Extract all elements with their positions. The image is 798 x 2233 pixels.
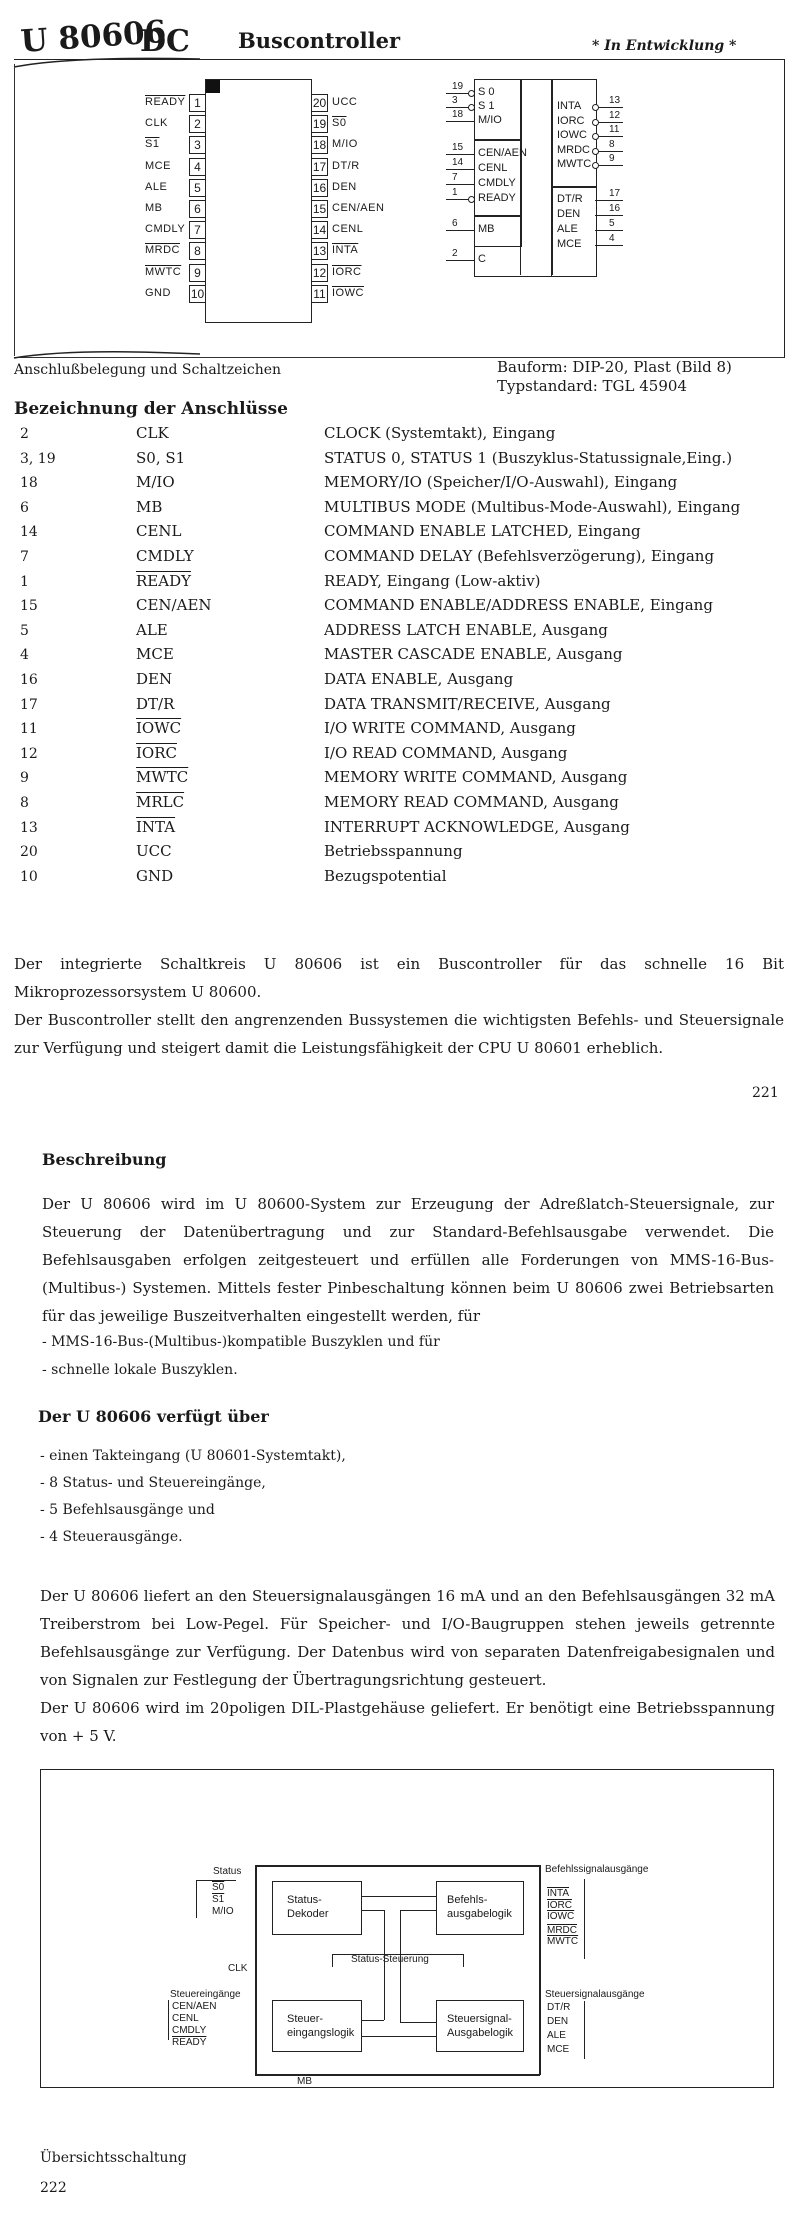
input-signal-name: CENL	[478, 162, 507, 174]
pin-number: 19	[311, 115, 328, 133]
ctrl-out-mce: MCE	[547, 2044, 569, 2055]
development-status: * In Entwicklung *	[592, 38, 736, 54]
pin-table-description: READY, Eingang (Low-aktiv)	[324, 572, 541, 590]
feature-item-4: - 4 Steuerausgänge.	[40, 1529, 183, 1545]
cmd-out-iorc: IORC	[547, 1900, 572, 1911]
pin-number: 8	[189, 242, 206, 260]
block-status-decoder: Status- Dekoder	[272, 1881, 362, 1935]
pin-table-description: STATUS 0, STATUS 1 (Buszyklus-Statussign…	[324, 449, 732, 467]
package-form: Bauform: DIP-20, Plast (Bild 8)	[497, 358, 732, 376]
pin-table-signal: CENL	[136, 522, 182, 540]
output-signal-name: ALE	[557, 223, 578, 235]
output-wire	[595, 215, 623, 216]
status-signal-s1: S1	[212, 1894, 224, 1905]
clk-label: CLK	[228, 1963, 247, 1974]
pin-number: 1	[189, 94, 206, 112]
input-signal-name: CEN/AEN	[478, 147, 527, 159]
page-number-221: 221	[752, 1085, 779, 1101]
pin-number: 5	[189, 179, 206, 197]
pin-number: 14	[311, 221, 328, 239]
pin-table-row: 18M/IOMEMORY/IO (Speicher/I/O-Auswahl), …	[0, 473, 798, 498]
frame-left-edge	[14, 64, 16, 356]
pin-table-signal: IOWC	[136, 719, 181, 737]
pin-label: ALE	[145, 181, 167, 193]
pin-table-description: INTERRUPT ACKNOWLEDGE, Ausgang	[324, 818, 630, 836]
control-inputs-label: Steuereingänge	[170, 1989, 241, 2000]
link-output-logic	[400, 2022, 436, 2023]
control-outputs-label: Steuersignalausgänge	[545, 1989, 645, 2000]
output-signal-name: IOWC	[557, 129, 587, 141]
pin-label: MWTC	[145, 266, 181, 278]
pin-table-number: 18	[20, 475, 38, 491]
input-wire	[446, 184, 474, 185]
pin-table-signal: DT/R	[136, 695, 174, 713]
section-title-features: Der U 80606 verfügt über	[38, 1407, 269, 1426]
input-wire	[446, 230, 474, 231]
page-title: Buscontroller	[238, 28, 400, 53]
pin-table-description: I/O READ COMMAND, Ausgang	[324, 744, 567, 762]
ctrl-out-den: DEN	[547, 2016, 568, 2027]
pin-table-row: 6MBMULTIBUS MODE (Multibus-Mode-Auswahl)…	[0, 498, 798, 523]
output-signal-name: MRDC	[557, 144, 590, 156]
pin-number: 17	[311, 158, 328, 176]
pin-table-signal: ALE	[136, 621, 168, 639]
pin-table-row: 2CLKCLOCK (Systemtakt), Eingang	[0, 424, 798, 449]
pin-number: 11	[311, 285, 328, 303]
pin-table-signal: DEN	[136, 670, 172, 688]
pin-table-signal: S0, S1	[136, 449, 185, 467]
link-vertical-right	[400, 1910, 401, 2022]
ctrl-out-ale: ALE	[547, 2030, 566, 2041]
section-title-description: Beschreibung	[42, 1150, 166, 1169]
input-signal-name: CMDLY	[478, 177, 516, 189]
pin-table-row: 12IORCI/O READ COMMAND, Ausgang	[0, 744, 798, 769]
pin-table-number: 16	[20, 672, 38, 688]
pin-table-signal: MRLC	[136, 793, 184, 811]
output-wire	[595, 122, 623, 123]
status-bracket	[196, 1880, 197, 1918]
input-signal-name: READY	[478, 192, 516, 204]
input-wire	[446, 169, 474, 170]
figure1-caption: Anschlußbelegung und Schaltzeichen	[14, 362, 281, 378]
pin-table-number: 12	[20, 746, 38, 762]
pin-label: MB	[145, 202, 163, 214]
pin-table-description: CLOCK (Systemtakt), Eingang	[324, 424, 555, 442]
pin-table-signal: CEN/AEN	[136, 596, 212, 614]
pin-table-number: 10	[20, 869, 38, 885]
chip-outline-top	[255, 1865, 540, 1867]
pin-table-number: 3, 19	[20, 451, 56, 467]
pin-table-row: 3, 19S0, S1STATUS 0, STATUS 1 (Buszyklus…	[0, 449, 798, 474]
pin-label: DT/R	[332, 160, 360, 172]
output-pin-number: 5	[609, 218, 615, 229]
pin-table-description: COMMAND ENABLE/ADDRESS ENABLE, Eingang	[324, 596, 713, 614]
pin-table-signal: READY	[136, 572, 191, 590]
pin-label: GND	[145, 287, 171, 299]
input-signal-name: S 1	[478, 100, 495, 112]
pin-table-row: 8MRLCMEMORY READ COMMAND, Ausgang	[0, 793, 798, 818]
output-wire	[595, 151, 623, 152]
control-outputs-bracket	[584, 2001, 585, 2059]
ctrl-in-ready: READY	[172, 2037, 206, 2048]
pin-table-row: 11IOWCI/O WRITE COMMAND, Ausgang	[0, 719, 798, 744]
pin-label: M/IO	[332, 138, 358, 150]
pin-table-description: Betriebsspannung	[324, 842, 463, 860]
output-wire	[595, 107, 623, 108]
output-signal-name: DT/R	[557, 193, 583, 205]
pin-table-signal: INTA	[136, 818, 175, 836]
output-wire	[595, 200, 623, 201]
mode-item-1: - MMS-16-Bus-(Multibus-)kompatible Buszy…	[42, 1334, 440, 1350]
pin-table-signal: GND	[136, 867, 173, 885]
pin-table-row: 17DT/RDATA TRANSMIT/RECEIVE, Ausgang	[0, 695, 798, 720]
pin-table-description: DATA TRANSMIT/RECEIVE, Ausgang	[324, 695, 611, 713]
pin-label: CMDLY	[145, 223, 185, 235]
pin-label: CENL	[332, 223, 363, 235]
output-pin-number: 11	[609, 124, 619, 135]
pin-label: MCE	[145, 160, 171, 172]
pin-table-description: COMMAND ENABLE LATCHED, Eingang	[324, 522, 641, 540]
cmd-out-iowc: IOWC	[547, 1911, 574, 1922]
pin-table-row: 15CEN/AENCOMMAND ENABLE/ADDRESS ENABLE, …	[0, 596, 798, 621]
input-pin-number: 14	[452, 157, 463, 168]
output-wire	[595, 245, 623, 246]
pin-table-signal: MWTC	[136, 768, 188, 786]
pin-table-description: ADDRESS LATCH ENABLE, Ausgang	[324, 621, 608, 639]
input-signal-name: S 0	[478, 86, 495, 98]
pin-table-description: MULTIBUS MODE (Multibus-Mode-Auswahl), E…	[324, 498, 740, 516]
pin-table-number: 1	[20, 574, 29, 590]
details-paragraph-2: Der U 80606 wird im 20poligen DIL-Plastg…	[40, 1694, 775, 1750]
output-pin-number: 8	[609, 139, 615, 150]
pin-table-row: 20UCCBetriebsspannung	[0, 842, 798, 867]
pin-table-row: 16DENDATA ENABLE, Ausgang	[0, 670, 798, 695]
ctrl-in-cen-aen: CEN/AEN	[172, 2001, 216, 2012]
pin-table-signal: CLK	[136, 424, 169, 442]
pin-label: S1	[145, 138, 159, 150]
pin-table-description: DATA ENABLE, Ausgang	[324, 670, 513, 688]
pin-table-signal: UCC	[136, 842, 172, 860]
pin-label: IORC	[332, 266, 362, 278]
dip20-package	[205, 79, 312, 323]
type-standard: Typstandard: TGL 45904	[497, 377, 687, 395]
pin-table-number: 8	[20, 795, 29, 811]
status-bracket-top	[196, 1880, 236, 1881]
ctrl-in-cenl: CENL	[172, 2013, 199, 2024]
pin1-marker	[206, 80, 220, 93]
pin-table-row: 7CMDLYCOMMAND DELAY (Befehlsverzögerung)…	[0, 547, 798, 572]
chip-outline-left	[255, 1865, 257, 2075]
inversion-bubble	[592, 104, 599, 111]
link-input-logic	[362, 2020, 384, 2021]
figure2-caption: Übersichtsschaltung	[40, 2150, 187, 2166]
inversion-bubble	[592, 148, 599, 155]
input-wire	[446, 154, 474, 155]
description-paragraph: Der U 80606 wird im U 80600-System zur E…	[42, 1190, 774, 1330]
pin-number: 3	[189, 136, 206, 154]
link-input-output	[362, 2036, 436, 2037]
input-signal-name: C	[478, 253, 486, 265]
pin-table-description: MEMORY READ COMMAND, Ausgang	[324, 793, 619, 811]
pin-number: 10	[189, 285, 206, 303]
pin-number: 15	[311, 200, 328, 218]
pin-table-number: 7	[20, 549, 29, 565]
pin-table-row: 5ALEADDRESS LATCH ENABLE, Ausgang	[0, 621, 798, 646]
block-control-output-logic: Steuersignal- Ausgabelogik	[436, 2000, 524, 2052]
output-pin-number: 17	[609, 188, 620, 199]
cmd-out-inta: INTA	[547, 1888, 569, 1899]
pin-number: 20	[311, 94, 328, 112]
output-pin-number: 9	[609, 153, 615, 164]
pin-table-number: 13	[20, 820, 38, 836]
inversion-bubble	[468, 104, 475, 111]
output-signal-name: DEN	[557, 208, 580, 220]
pin-number: 7	[189, 221, 206, 239]
pin-table-number: 20	[20, 844, 38, 860]
feature-item-2: - 8 Status- und Steuereingänge,	[40, 1475, 266, 1491]
pin-table-signal: CMDLY	[136, 547, 194, 565]
status-signal-s0: S0	[212, 1882, 224, 1893]
input-signal-name: MB	[478, 223, 495, 235]
feature-item-1: - einen Takteingang (U 80601-Systemtakt)…	[40, 1448, 346, 1464]
cmd-out-mwtc: MWTC	[547, 1936, 578, 1947]
pin-table-number: 17	[20, 697, 38, 713]
link-decoder-down	[362, 1910, 384, 1911]
output-pin-number: 4	[609, 233, 615, 244]
block-status-control: Status-Steuerung	[332, 1954, 464, 1967]
pin-table-number: 15	[20, 598, 38, 614]
pin-label: UCC	[332, 96, 357, 108]
pin-table-row: 13INTAINTERRUPT ACKNOWLEDGE, Ausgang	[0, 818, 798, 843]
symbol-middle-column	[520, 79, 553, 275]
control-inputs-bracket	[168, 2000, 169, 2040]
pin-number: 4	[189, 158, 206, 176]
pin-table-number: 6	[20, 500, 29, 516]
pin-table-description: MASTER CASCADE ENABLE, Ausgang	[324, 645, 623, 663]
pin-table-signal: IORC	[136, 744, 177, 762]
cmd-out-mrdc: MRDC	[547, 1925, 577, 1936]
status-signal-mio: M/IO	[212, 1906, 234, 1917]
input-pin-number: 6	[452, 218, 458, 229]
input-pin-number: 3	[452, 95, 458, 106]
page-number-222: 222	[40, 2180, 67, 2196]
command-outputs-label: Befehlssignalausgänge	[545, 1864, 648, 1875]
pin-label: READY	[145, 96, 185, 108]
inversion-bubble	[468, 196, 475, 203]
output-signal-name: INTA	[557, 100, 581, 112]
pin-number: 2	[189, 115, 206, 133]
pin-label: INTA	[332, 244, 358, 256]
output-wire	[595, 230, 623, 231]
input-wire	[446, 260, 474, 261]
pin-table-number: 11	[20, 721, 38, 737]
ctrl-in-cmdly: CMDLY	[172, 2025, 206, 2036]
pin-table-description: I/O WRITE COMMAND, Ausgang	[324, 719, 576, 737]
inversion-bubble	[592, 162, 599, 169]
pin-table-row: 9MWTCMEMORY WRITE COMMAND, Ausgang	[0, 768, 798, 793]
output-wire	[595, 136, 623, 137]
figure-block-diagram-frame	[40, 1769, 774, 2088]
pin-table-description: MEMORY WRITE COMMAND, Ausgang	[324, 768, 627, 786]
mb-label: MB	[297, 2076, 312, 2087]
pin-label: S0	[332, 117, 346, 129]
pin-table-description: MEMORY/IO (Speicher/I/O-Auswahl), Eingan…	[324, 473, 677, 491]
pin-table-number: 4	[20, 647, 29, 663]
pin-label: DEN	[332, 181, 357, 193]
inversion-bubble	[592, 119, 599, 126]
pin-table-number: 5	[20, 623, 29, 639]
input-signal-name: M/IO	[478, 114, 502, 126]
pin-label: IOWC	[332, 287, 364, 299]
pin-table-signal: MCE	[136, 645, 174, 663]
pin-table-row: 14CENLCOMMAND ENABLE LATCHED, Eingang	[0, 522, 798, 547]
pin-table-description: COMMAND DELAY (Befehlsverzögerung), Eing…	[324, 547, 714, 565]
intro-paragraph-1: Der integrierte Schaltkreis U 80606 ist …	[14, 950, 784, 1006]
pin-table-row: 1READYREADY, Eingang (Low-aktiv)	[0, 572, 798, 597]
chip-outline-right	[539, 1865, 541, 2075]
pin-label: CEN/AEN	[332, 202, 384, 214]
pin-table-number: 2	[20, 426, 29, 442]
output-pin-number: 13	[609, 95, 620, 106]
pin-number: 12	[311, 264, 328, 282]
mode-item-2: - schnelle lokale Buszyklen.	[42, 1362, 238, 1378]
output-pin-number: 12	[609, 110, 620, 121]
link-decoder-command	[362, 1896, 436, 1897]
details-paragraph-1: Der U 80606 liefert an den Steuersignala…	[40, 1582, 775, 1694]
pin-table-row: 4MCEMASTER CASCADE ENABLE, Ausgang	[0, 645, 798, 670]
frame-curve	[12, 54, 202, 68]
block-control-input-logic: Steuer- eingangslogik	[272, 2000, 362, 2052]
figure-pinout-frame	[14, 59, 785, 358]
input-pin-number: 1	[452, 187, 458, 198]
output-wire	[595, 165, 623, 166]
input-pin-number: 15	[452, 142, 463, 153]
pin-number: 16	[311, 179, 328, 197]
input-pin-number: 2	[452, 248, 458, 259]
pin-table-number: 14	[20, 524, 38, 540]
output-signal-name: MCE	[557, 238, 581, 250]
pin-table-row: 10GNDBezugspotential	[0, 867, 798, 892]
pin-number: 6	[189, 200, 206, 218]
inversion-bubble	[468, 90, 475, 97]
input-wire	[446, 121, 474, 122]
input-pin-number: 19	[452, 81, 463, 92]
pin-number: 13	[311, 242, 328, 260]
frame-curve-bottom	[12, 346, 202, 362]
input-pin-number: 18	[452, 109, 463, 120]
output-signal-name: IORC	[557, 115, 585, 127]
intro-paragraph-2: Der Buscontroller stellt den angrenzende…	[14, 1006, 784, 1062]
block-command-logic: Befehls- ausgabelogik	[436, 1881, 524, 1935]
pin-label: CLK	[145, 117, 168, 129]
section-title-pins: Bezeichnung der Anschlüsse	[14, 399, 288, 419]
pin-number: 9	[189, 264, 206, 282]
feature-item-3: - 5 Befehlsausgänge und	[40, 1502, 215, 1518]
status-group-label: Status	[213, 1866, 241, 1877]
command-outputs-bracket	[584, 1879, 585, 1959]
pin-table-signal: MB	[136, 498, 162, 516]
ctrl-out-dtr: DT/R	[547, 2002, 570, 2013]
link-command-down	[400, 1910, 436, 1911]
input-pin-number: 7	[452, 172, 458, 183]
pin-number: 18	[311, 136, 328, 154]
output-pin-number: 16	[609, 203, 620, 214]
pin-label: MRDC	[145, 244, 180, 256]
inversion-bubble	[592, 133, 599, 140]
pin-table-signal: M/IO	[136, 473, 175, 491]
link-vertical-left	[384, 1910, 385, 2020]
pin-table-description: Bezugspotential	[324, 867, 447, 885]
pin-table-number: 9	[20, 770, 29, 786]
output-signal-name: MWTC	[557, 158, 591, 170]
